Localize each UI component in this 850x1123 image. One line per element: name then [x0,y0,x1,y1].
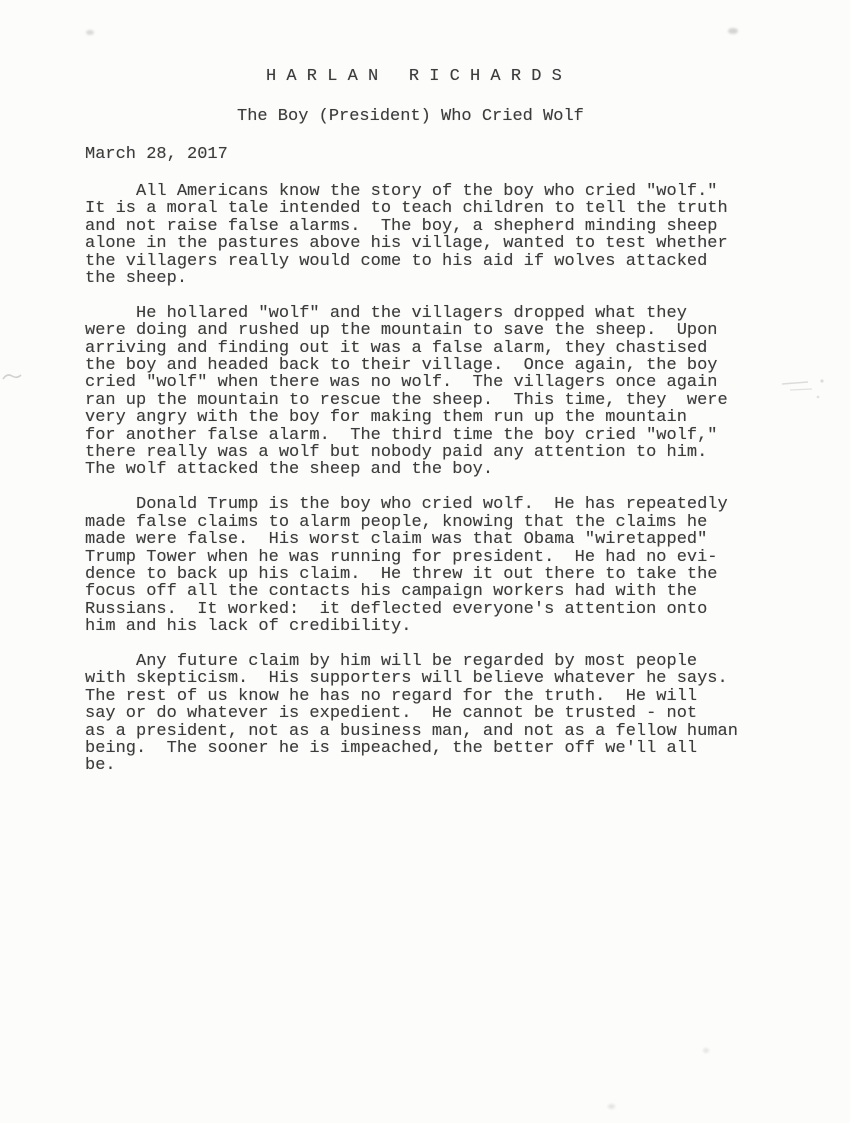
paragraph-4: Any future claim by him will be regarded… [85,653,785,775]
scan-squiggle-mark [2,370,22,384]
scan-speck [608,1104,615,1109]
author-heading: H A R L A N R I C H A R D S [266,68,562,85]
paragraph-1: All Americans know the story of the boy … [85,183,785,287]
paragraph-3: Donald Trump is the boy who cried wolf. … [85,496,785,635]
paragraph-2: He hollared "wolf" and the villagers dro… [85,305,785,479]
document-body: All Americans know the story of the boy … [85,183,785,792]
scan-dash-marks [778,376,830,402]
document-date: March 28, 2017 [85,146,228,163]
document-page: H A R L A N R I C H A R D S The Boy (Pre… [0,0,850,1123]
document-title: The Boy (President) Who Cried Wolf [237,108,584,125]
scan-speck [86,30,94,35]
scan-speck [728,28,738,34]
scan-speck [703,1048,709,1053]
